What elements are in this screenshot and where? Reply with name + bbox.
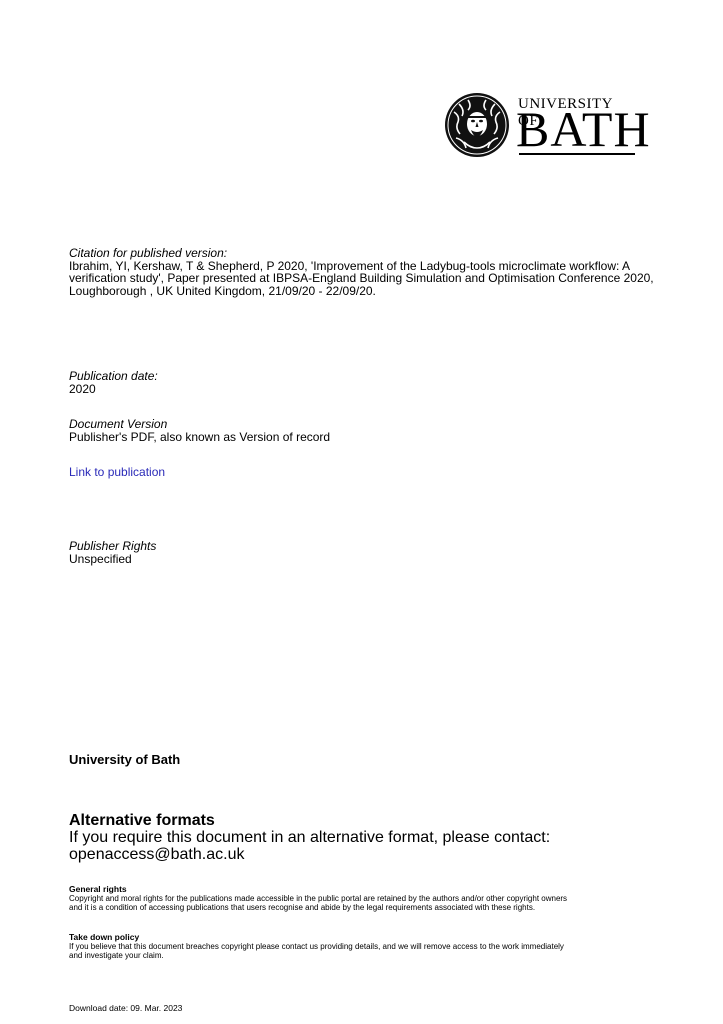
document-version-label: Document Version bbox=[69, 418, 330, 431]
university-seal-icon bbox=[444, 92, 510, 158]
take-down-text: and investigate your claim. bbox=[69, 951, 709, 960]
document-version-value: Publisher's PDF, also known as Version o… bbox=[69, 431, 330, 444]
institution-name: University of Bath bbox=[69, 752, 180, 767]
publication-date-value: 2020 bbox=[69, 383, 158, 396]
university-of-bath-logo: UNIVERSITY OF BATH bbox=[444, 92, 636, 160]
alternative-formats-title: Alternative formats bbox=[69, 813, 550, 829]
download-date: Download date: 09. Mar. 2023 bbox=[69, 1003, 182, 1013]
take-down-section: Take down policy If you believe that thi… bbox=[69, 933, 709, 960]
contact-email: openaccess@bath.ac.uk bbox=[69, 846, 550, 863]
publisher-rights-value: Unspecified bbox=[69, 553, 156, 566]
general-rights-text: Copyright and moral rights for the publi… bbox=[69, 894, 709, 903]
general-rights-section: General rights Copyright and moral right… bbox=[69, 885, 709, 912]
logo-main-text: BATH bbox=[516, 104, 651, 154]
citation-section: Citation for published version: Ibrahim,… bbox=[69, 247, 689, 297]
alternative-formats-text: If you require this document in an alter… bbox=[69, 829, 550, 846]
general-rights-title: General rights bbox=[69, 885, 709, 894]
publication-date-section: Publication date: 2020 bbox=[69, 370, 158, 395]
take-down-title: Take down policy bbox=[69, 933, 709, 942]
alternative-formats-section: Alternative formats If you require this … bbox=[69, 813, 550, 863]
logo-underline bbox=[519, 153, 635, 155]
citation-label: Citation for published version: bbox=[69, 247, 689, 260]
general-rights-text: and it is a condition of accessing publi… bbox=[69, 903, 709, 912]
take-down-text: If you believe that this document breach… bbox=[69, 942, 709, 951]
publisher-rights-section: Publisher Rights Unspecified bbox=[69, 540, 156, 565]
document-version-section: Document Version Publisher's PDF, also k… bbox=[69, 418, 330, 443]
publisher-rights-label: Publisher Rights bbox=[69, 540, 156, 553]
citation-line: Loughborough , UK United Kingdom, 21/09/… bbox=[69, 285, 689, 298]
link-to-publication[interactable]: Link to publication bbox=[69, 466, 165, 479]
citation-line: verification study', Paper presented at … bbox=[69, 272, 689, 285]
publication-date-label: Publication date: bbox=[69, 370, 158, 383]
